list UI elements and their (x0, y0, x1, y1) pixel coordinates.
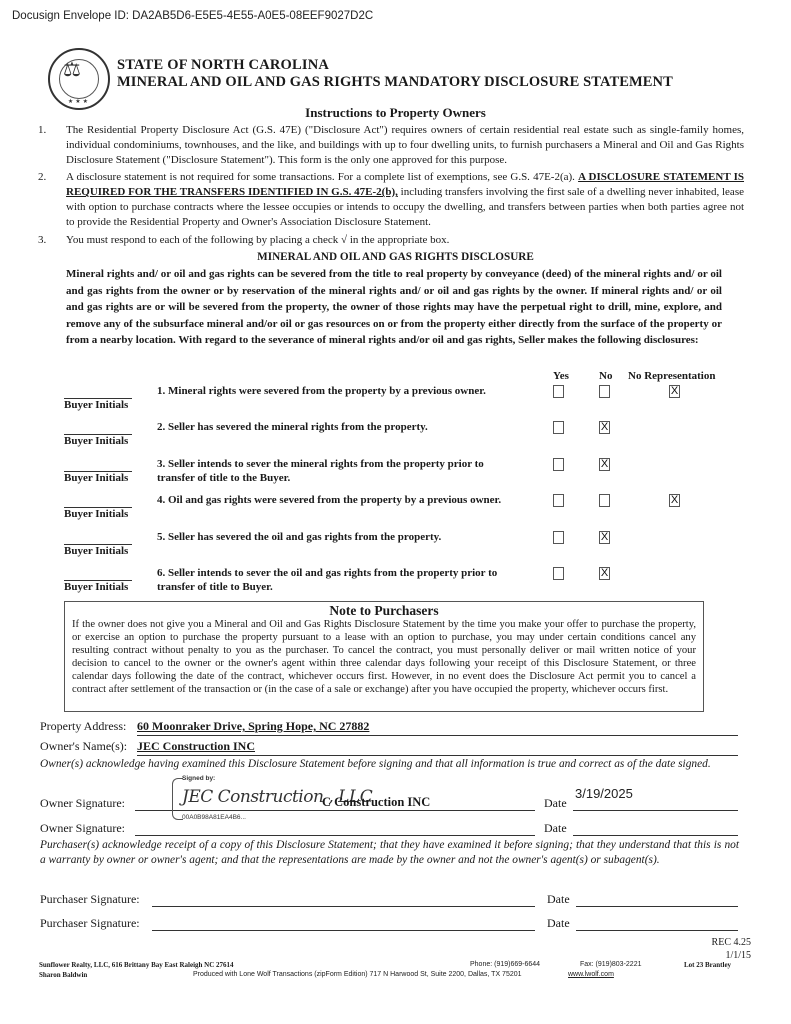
no-representation-checkbox[interactable]: X (669, 494, 680, 507)
footer-agent: Sharon Baldwin (39, 971, 87, 979)
no-checkbox[interactable] (599, 494, 610, 507)
signed-by-label: Signed by: (182, 775, 215, 782)
purchaser-signature-label-2: Purchaser Signature: (40, 916, 140, 931)
buyer-initials-label: Buyer Initials (64, 508, 128, 520)
title-form: MINERAL AND OIL AND GAS RIGHTS MANDATORY… (117, 74, 673, 91)
owner-signature-label-2: Owner Signature: (40, 821, 125, 836)
purchaser-acknowledgment: Purchaser(s) acknowledge receipt of a co… (40, 838, 739, 867)
buyer-initials-label: Buyer Initials (64, 472, 128, 484)
buyer-initials-label: Buyer Initials (64, 399, 128, 411)
form-code: REC 4.25 (712, 936, 751, 949)
owner-acknowledgment: Owner(s) acknowledge having examined thi… (40, 757, 739, 772)
purchaser-date-line-2[interactable] (576, 930, 738, 931)
disclosure-row: Buyer Initials6. Seller intends to sever… (0, 566, 791, 602)
instructions-heading: Instructions to Property Owners (0, 105, 791, 121)
yes-checkbox[interactable] (553, 385, 564, 398)
disclosure-row: Buyer Initials1. Mineral rights were sev… (0, 384, 791, 420)
yes-checkbox[interactable] (553, 458, 564, 471)
question-text: 2. Seller has severed the mineral rights… (157, 420, 517, 434)
instruction-item: 2. A disclosure statement is not require… (38, 170, 744, 229)
footer-phone: Phone: (919)669-6644 (470, 961, 540, 968)
footer-produced-by: Produced with Lone Wolf Transactions (zi… (193, 971, 522, 978)
owner-date-value-1[interactable]: 3/19/2025 (575, 786, 633, 801)
footer-fax: Fax: (919)803-2221 (580, 961, 641, 968)
date-label-1: Date (544, 796, 567, 811)
question-text: 5. Seller has severed the oil and gas ri… (157, 530, 517, 544)
footer-company: Sunflower Realty, LLC, 616 Brittany Bay … (39, 961, 234, 969)
docusign-envelope-id: Docusign Envelope ID: DA2AB5D6-E5E5-4E55… (12, 10, 373, 22)
form-id: REC 4.25 1/1/15 (712, 936, 751, 962)
instruction-item: 1. The Residential Property Disclosure A… (38, 123, 744, 167)
purchaser-date-line-1[interactable] (576, 906, 738, 907)
title-state: STATE OF NORTH CAROLINA (117, 57, 329, 74)
question-text: 1. Mineral rights were severed from the … (157, 384, 517, 398)
purchaser-signature-label-1: Purchaser Signature: (40, 892, 140, 907)
yes-checkbox[interactable] (553, 531, 564, 544)
date-label-2: Date (544, 821, 567, 836)
owner-signature-line-1[interactable] (135, 810, 535, 811)
buyer-initials-label: Buyer Initials (64, 435, 128, 447)
owner-signature-line-2[interactable] (135, 835, 535, 836)
question-text: 6. Seller intends to sever the oil and g… (157, 566, 517, 594)
buyer-initials-label: Buyer Initials (64, 545, 128, 557)
disclosure-body: Mineral rights and/ or oil and gas right… (66, 266, 722, 349)
instructions-list: 1. The Residential Property Disclosure A… (38, 123, 744, 250)
purchaser-signature-line-2[interactable] (152, 930, 535, 931)
question-text: 4. Oil and gas rights were severed from … (157, 493, 517, 507)
purchaser-signature-line-1[interactable] (152, 906, 535, 907)
no-checkbox[interactable]: X (599, 567, 610, 580)
disclosure-row: Buyer Initials3. Seller intends to sever… (0, 457, 791, 493)
instruction-item: 3. You must respond to each of the follo… (38, 233, 744, 248)
note-title: Note to Purchasers (65, 603, 703, 619)
no-checkbox[interactable] (599, 385, 610, 398)
nc-seal-icon: ⚖ ★★★ (48, 48, 110, 110)
owner-printed-name: C Construction INC (322, 795, 430, 810)
disclosure-row: Buyer Initials5. Seller has severed the … (0, 530, 791, 566)
no-checkbox[interactable]: X (599, 531, 610, 544)
signature-id: 00A0B98A81EA4B6... (182, 814, 246, 821)
disclosure-row: Buyer Initials2. Seller has severed the … (0, 420, 791, 456)
disclosure-heading: MINERAL AND OIL AND GAS RIGHTS DISCLOSUR… (0, 251, 791, 263)
footer-lot: Lot 23 Brantley (684, 961, 731, 969)
owner-name-field[interactable]: JEC Construction INC (137, 739, 255, 754)
yes-checkbox[interactable] (553, 567, 564, 580)
yes-checkbox[interactable] (553, 421, 564, 434)
note-to-purchasers: Note to Purchasers If the owner does not… (64, 601, 704, 712)
purchaser-date-label-1: Date (547, 892, 570, 907)
owner-name-label: Owner's Name(s): (40, 739, 127, 754)
owner-signature-label-1: Owner Signature: (40, 796, 125, 811)
column-no: No (599, 370, 612, 382)
no-checkbox[interactable]: X (599, 421, 610, 434)
no-checkbox[interactable]: X (599, 458, 610, 471)
buyer-initials-label: Buyer Initials (64, 581, 128, 593)
disclosure-row: Buyer Initials4. Oil and gas rights were… (0, 493, 791, 529)
purchaser-date-label-2: Date (547, 916, 570, 931)
property-address-label: Property Address: (40, 719, 126, 734)
property-address-field[interactable]: 60 Moonraker Drive, Spring Hope, NC 2788… (137, 719, 369, 734)
footer-website-link[interactable]: www.lwolf.com (568, 971, 614, 978)
column-yes: Yes (553, 370, 569, 382)
no-representation-checkbox[interactable]: X (669, 385, 680, 398)
owner-date-line-2[interactable] (573, 835, 738, 836)
question-text: 3. Seller intends to sever the mineral r… (157, 457, 517, 485)
yes-checkbox[interactable] (553, 494, 564, 507)
column-no-representation: No Representation (628, 370, 715, 382)
note-body: If the owner does not give you a Mineral… (65, 619, 703, 696)
